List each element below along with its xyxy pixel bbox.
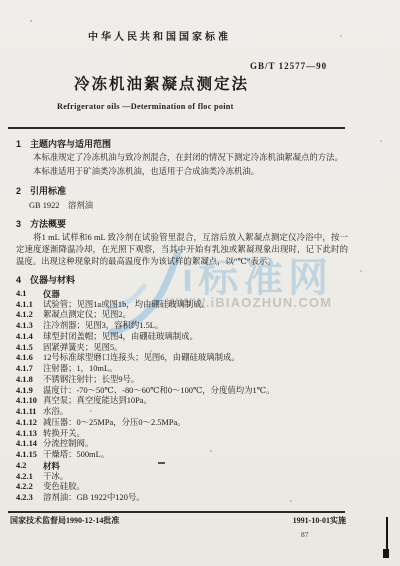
- item-number: 4.1.11: [16, 407, 43, 418]
- item-number: 4.1.1: [16, 300, 43, 311]
- equipment-item: 4.1.10真空泵；真空度能达到10Pa。: [16, 396, 348, 407]
- item-number: 4.1.8: [16, 375, 43, 386]
- item-text: 试验管；见图1a或图1b，均由硼硅玻璃制成。: [43, 300, 348, 311]
- item-number: 4.2.3: [16, 493, 43, 504]
- equipment-item: 4.1.8不锈钢注射针；长型9号。: [16, 375, 348, 386]
- item-number: 4.2.1: [16, 472, 43, 483]
- footer-divider: [8, 511, 345, 513]
- equipment-list: 4.1仪器 4.1.1试验管；见图1a或图1b，均由硼硅玻璃制成。 4.1.2絮…: [16, 289, 348, 504]
- item-number: 4.1.13: [16, 429, 43, 440]
- section-title: 引用标准: [30, 185, 66, 197]
- item-text: 变色硅胶。: [43, 482, 348, 493]
- item-text: 球型封闭盖帽；见图4，由硼硅玻璃制成。: [43, 332, 348, 343]
- section-2-heading: 2 引用标准: [16, 185, 348, 197]
- equipment-item: 4.2.1干冰。: [16, 472, 348, 483]
- equipment-item: 4.2.3溶剂油：GB 1922中120号。: [16, 493, 348, 504]
- equipment-item: 4.1仪器: [16, 289, 348, 300]
- item-text: 水浴。: [43, 407, 348, 418]
- scan-speckles: [30, 20, 32, 22]
- item-text: 仪器: [43, 289, 348, 300]
- item-text: 絮凝点测定仪；见图2。: [43, 310, 348, 321]
- equipment-item: 4.1.1试验管；见图1a或图1b，均由硼硅玻璃制成。: [16, 300, 348, 311]
- item-number: 4.1.2: [16, 310, 43, 321]
- item-text: 减压器：0～25MPa，分压0～2.5MPa。: [43, 418, 348, 429]
- item-text: 注射器；1，10mL。: [43, 364, 348, 375]
- section-4-heading: 4 仪器与材料: [16, 274, 348, 286]
- item-number: 4.1.5: [16, 343, 43, 354]
- approval-note: 国家技术监督局1990-12-14批准: [10, 515, 119, 526]
- item-number: 4.2.2: [16, 482, 43, 493]
- item-text: 溶剂油：GB 1922中120号。: [43, 493, 348, 504]
- equipment-item: 4.1.2絮凝点测定仪；见图2。: [16, 310, 348, 321]
- equipment-item: 4.1.12减压器：0～25MPa，分压0～2.5MPa。: [16, 418, 348, 429]
- equipment-item: 4.1.7注射器；1，10mL。: [16, 364, 348, 375]
- paragraph: 将1 mL 试样和6 mL 致冷剂在试验管里混合，互溶后放入絮凝点测定仪冷浴中，…: [16, 232, 348, 267]
- equipment-item: 4.1.13转换开关。: [16, 429, 348, 440]
- section-1-heading: 1 主题内容与适用范围: [16, 138, 348, 150]
- header-divider: [8, 127, 345, 129]
- item-number: 4.1.4: [16, 332, 43, 343]
- item-number: 4.1.14: [16, 439, 43, 450]
- page-number: 87: [301, 530, 309, 539]
- equipment-item: 4.2.2变色硅胶。: [16, 482, 348, 493]
- item-number: 4.1.10: [16, 396, 43, 407]
- item-text: 12号标准球型磨口连接头；见图6，由硼硅玻璃制成。: [43, 353, 348, 364]
- equipment-item: 4.1.9温度计：-70～50℃、-80～60℃和0～100℃，分度值均为1℃。: [16, 386, 348, 397]
- referenced-standard: GB 1922 溶剂油: [29, 200, 348, 212]
- item-text: 注冷剂器；见图3，容积约1.5L。: [43, 321, 348, 332]
- item-text: 分流控制阀。: [43, 439, 348, 450]
- item-number: 4.1.9: [16, 386, 43, 397]
- equipment-item: 4.1.15干燥塔：500mL。: [16, 450, 348, 461]
- item-text: 固紧弹簧夹；见图5。: [43, 343, 348, 354]
- section-number: 2: [16, 185, 30, 197]
- item-text: 转换开关。: [43, 429, 348, 440]
- footer: 国家技术监督局1990-12-14批准 1991-10-01实施: [10, 515, 346, 526]
- item-text: 温度计：-70～50℃、-80～60℃和0～100℃，分度值均为1℃。: [43, 386, 348, 397]
- equipment-item: 4.2材料: [16, 461, 348, 472]
- equipment-item: 4.1.612号标准球型磨口连接头；见图6，由硼硅玻璃制成。: [16, 353, 348, 364]
- section-number: 4: [16, 274, 30, 286]
- item-text: 干燥塔：500mL。: [43, 450, 348, 461]
- paragraph: 本标准规定了冷冻机油与致冷剂混合，在封闭的情况下测定冷冻机油絮凝点的方法。: [16, 152, 348, 164]
- equipment-item: 4.1.11水浴。: [16, 407, 348, 418]
- section-number: 1: [16, 138, 30, 150]
- page-subtitle-english: Refrigerator oils —Determination of floc…: [57, 102, 234, 111]
- standard-label: 中华人民共和国国家标准: [88, 28, 231, 43]
- section-3-heading: 3 方法概要: [16, 218, 348, 230]
- equipment-item: 4.1.3注冷剂器；见图3，容积约1.5L。: [16, 321, 348, 332]
- item-number: 4.1.15: [16, 450, 43, 461]
- item-number: 4.1.7: [16, 364, 43, 375]
- section-title: 主题内容与适用范围: [30, 138, 111, 150]
- item-text: 干冰。: [43, 472, 348, 483]
- scan-artifact-blob: [383, 549, 389, 558]
- item-number: 4.1.3: [16, 321, 43, 332]
- equipment-item: 4.1.5固紧弹簧夹；见图5。: [16, 343, 348, 354]
- item-number: 4.1.6: [16, 353, 43, 364]
- item-number: 4.2: [16, 461, 43, 472]
- item-number: 4.1: [16, 289, 43, 300]
- item-text: 材料: [43, 461, 348, 472]
- equipment-item: 4.1.14分流控制阀。: [16, 439, 348, 450]
- item-text: 不锈钢注射针；长型9号。: [43, 375, 348, 386]
- paragraph: 本标准适用于矿油类冷冻机油，也适用于合成油类冷冻机油。: [16, 166, 348, 178]
- implementation-note: 1991-10-01实施: [293, 515, 346, 526]
- item-text: 真空泵；真空度能达到10Pa。: [43, 396, 348, 407]
- page-title: 冷冻机油絮凝点测定法: [74, 72, 249, 94]
- item-number: 4.1.12: [16, 418, 43, 429]
- standard-code: GB/T 12577—90: [250, 61, 327, 71]
- document-body: 1 主题内容与适用范围 本标准规定了冷冻机油与致冷剂混合，在封闭的情况下测定冷冻…: [16, 136, 348, 504]
- section-title: 方法概要: [30, 218, 66, 230]
- section-title: 仪器与材料: [30, 274, 75, 286]
- section-number: 3: [16, 218, 30, 230]
- scanned-standard-page: i标准网 WWW.iBIAOZHUN.COM 中华人民共和国国家标准 GB/T …: [0, 0, 400, 566]
- equipment-item: 4.1.4球型封闭盖帽；见图4，由硼硅玻璃制成。: [16, 332, 348, 343]
